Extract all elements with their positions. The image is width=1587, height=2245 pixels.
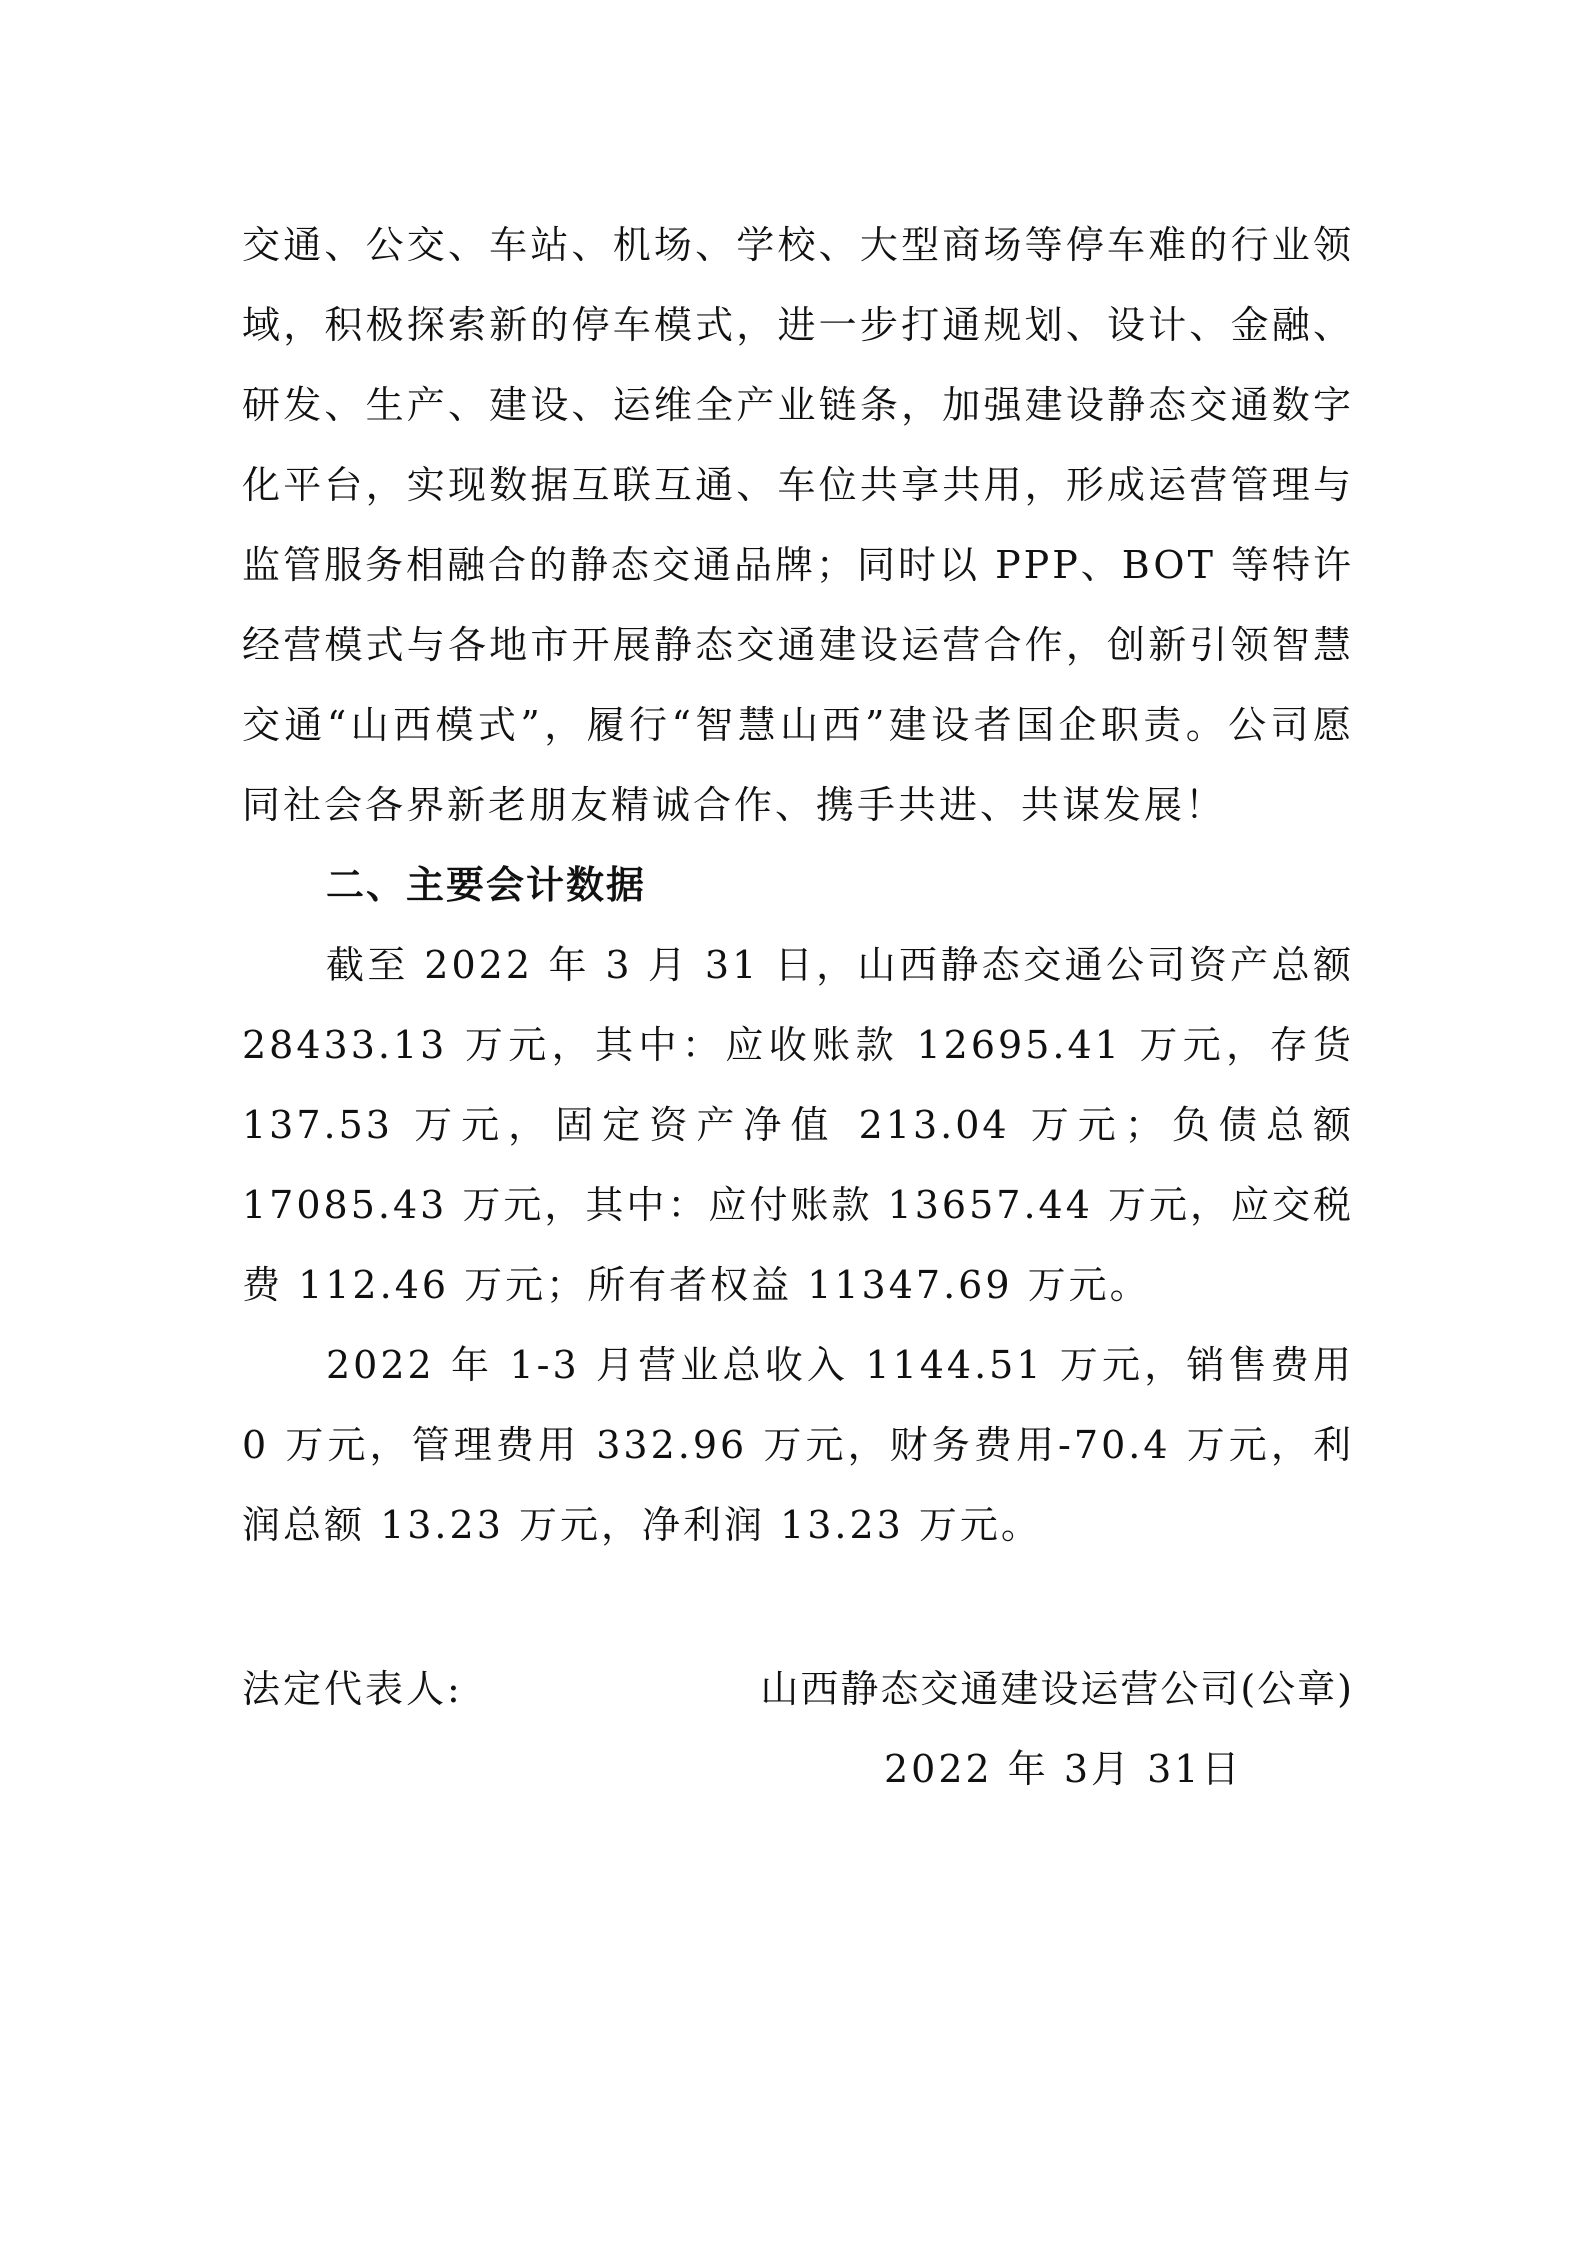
paragraph-income-statement: 2022 年 1-3 月营业总收入 1144.51 万元，销售费用 0 万元，管… — [242, 1325, 1354, 1565]
paragraph-company-intro-continued: 交通、公交、车站、机场、学校、大型商场等停车难的行业领域，积极探索新的停车模式，… — [242, 205, 1354, 845]
signature-row: 法定代表人: 山西静态交通建设运营公司(公章) — [242, 1649, 1354, 1729]
legal-representative-label: 法定代表人: — [242, 1649, 463, 1729]
section-heading-accounting-data: 二、主要会计数据 — [242, 845, 1354, 925]
document-page: 交通、公交、车站、机场、学校、大型商场等停车难的行业领域，积极探索新的停车模式，… — [242, 205, 1354, 1809]
date-row: 2022 年 3月 31日 — [242, 1729, 1354, 1809]
signature-date: 2022 年 3月 31日 — [884, 1729, 1242, 1809]
company-seal-text: 山西静态交通建设运营公司(公章) — [760, 1649, 1354, 1729]
paragraph-balance-sheet: 截至 2022 年 3 月 31 日，山西静态交通公司资产总额 28433.13… — [242, 925, 1354, 1325]
